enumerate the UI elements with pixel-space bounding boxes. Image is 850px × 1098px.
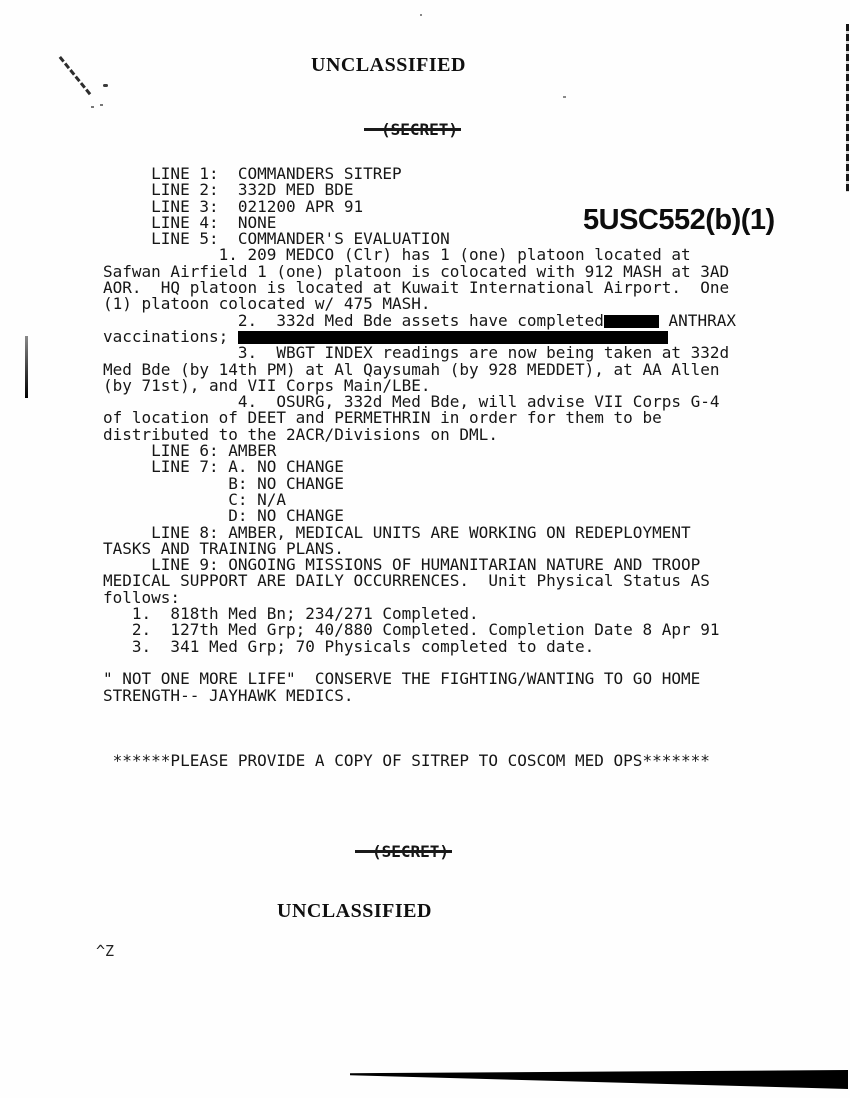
ink-speck bbox=[103, 84, 108, 87]
ink-speck bbox=[91, 106, 94, 108]
ink-speck bbox=[100, 104, 103, 106]
sitrep-footer-note: ******PLEASE PROVIDE A COPY OF SITREP TO… bbox=[103, 751, 710, 770]
scanner-streak-bottom bbox=[350, 1069, 848, 1090]
scanned-document-page: UNCLASSIFIED (SECRET) 5USC552(b)(1) LINE… bbox=[0, 0, 850, 1098]
eof-marker: ^Z bbox=[96, 942, 114, 960]
secret-marking-top: (SECRET) bbox=[381, 120, 458, 139]
ink-speck bbox=[563, 96, 566, 98]
scanner-edge-artifact-left bbox=[25, 336, 28, 398]
ink-speck bbox=[420, 14, 422, 16]
top-classification-label: UNCLASSIFIED bbox=[311, 54, 466, 77]
pen-mark bbox=[59, 56, 92, 95]
secret-marking-bottom: (SECRET) bbox=[372, 842, 449, 861]
bottom-classification-label: UNCLASSIFIED bbox=[277, 900, 432, 923]
scanner-edge-artifact-right bbox=[846, 24, 849, 192]
document-body-text: LINE 1: COMMANDERS SITREP LINE 2: 332D M… bbox=[103, 166, 736, 704]
redaction-bar-large bbox=[238, 331, 668, 344]
redaction-bar-small bbox=[604, 315, 659, 328]
